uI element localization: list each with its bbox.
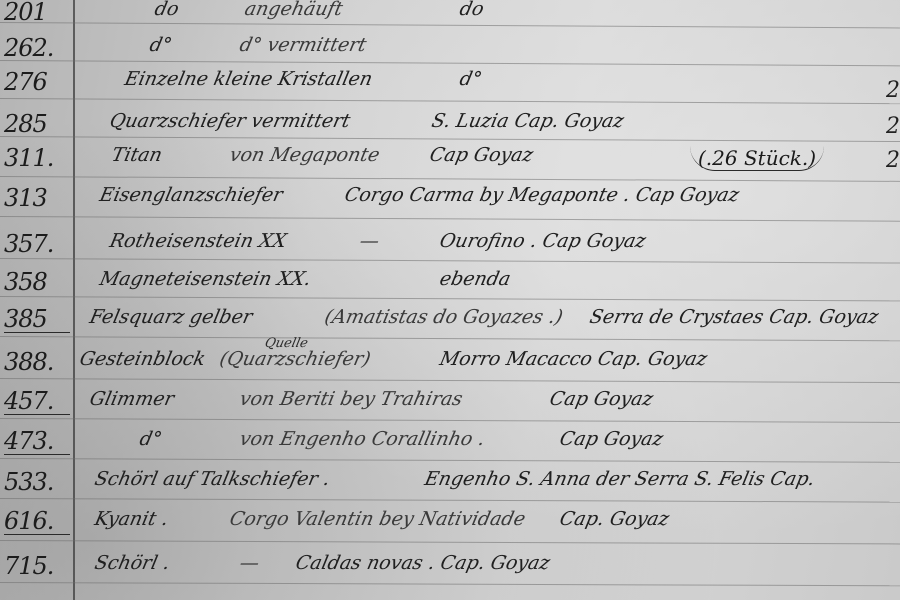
locality: Ourofino . Cap Goyaz bbox=[438, 230, 648, 252]
catalogue-number: 311. bbox=[4, 144, 70, 172]
specimen-name: Quarzschiefer vermittert bbox=[108, 110, 353, 132]
ledger-entry: 388.Gesteinblock(Quarzschiefer)Morro Mac… bbox=[0, 344, 900, 380]
interlinear-correction: Quelle bbox=[263, 336, 309, 351]
ledger-entry: 715.Schörl .—Caldas novas . Cap. Goyaz bbox=[0, 548, 900, 584]
locality: Serra de Crystaes Cap. Goyaz bbox=[588, 306, 881, 328]
ledger-entry: 357.Rotheisenstein XX—Ourofino . Cap Goy… bbox=[0, 226, 900, 262]
catalogue-number: 457. bbox=[4, 388, 70, 415]
edge-fragment: 2 bbox=[886, 148, 900, 173]
catalogue-number: 201 bbox=[4, 0, 70, 26]
locality: Corgo Carma by Megaponte . Cap Goyaz bbox=[343, 184, 741, 206]
ledger-entry: 201doangehäuftdo bbox=[0, 0, 900, 30]
locality: d° bbox=[458, 68, 484, 90]
specimen-description: — bbox=[358, 230, 382, 252]
catalogue-number: 285 bbox=[4, 110, 70, 138]
catalogue-number: 358 bbox=[4, 268, 70, 296]
edge-fragment: 2 bbox=[886, 114, 900, 139]
catalogue-number: 533. bbox=[4, 468, 70, 496]
specimen-name: Rotheisenstein XX bbox=[108, 230, 289, 252]
locality: S. Luzia Cap. Goyaz bbox=[430, 110, 626, 132]
specimen-name: d° bbox=[138, 428, 164, 450]
specimen-description: Corgo Valentin bey Natividade bbox=[228, 508, 528, 530]
catalogue-number: 715. bbox=[4, 552, 70, 580]
specimen-description: — bbox=[238, 552, 262, 574]
ledger-entry: 311.Titanvon MegaponteCap Goyaz(.26 Stüc… bbox=[0, 140, 900, 176]
specimen-description: d° vermittert bbox=[238, 34, 369, 56]
specimen-name: Glimmer bbox=[88, 388, 176, 410]
ledger-entry: 276Einzelne kleine Kristallend° bbox=[0, 64, 900, 100]
catalogue-number: 313 bbox=[4, 184, 70, 212]
catalogue-number: 388. bbox=[4, 348, 70, 376]
edge-fragment: 2 bbox=[886, 78, 900, 103]
ruled-line bbox=[0, 540, 900, 544]
annotation: (.26 Stück.) bbox=[690, 146, 824, 171]
ruled-line bbox=[0, 216, 900, 222]
specimen-name: Schörl auf Talkschiefer . bbox=[93, 468, 332, 490]
specimen-name: do bbox=[153, 0, 181, 20]
locality: Cap Goyaz bbox=[558, 428, 665, 450]
specimen-description: von Engenho Corallinho . bbox=[238, 428, 487, 450]
locality: Cap Goyaz bbox=[548, 388, 655, 410]
locality: Cap Goyaz bbox=[428, 144, 535, 166]
specimen-name: Felsquarz gelber bbox=[88, 306, 255, 328]
locality: Caldas novas . Cap. Goyaz bbox=[294, 552, 552, 574]
ledger-entry: 385Felsquarz gelber(Amatistas do Goyazes… bbox=[0, 302, 900, 338]
ledger-entry: 313EisenglanzschieferCorgo Carma by Mega… bbox=[0, 180, 900, 216]
ledger-entry: 285Quarzschiefer vermittertS. Luzia Cap.… bbox=[0, 106, 900, 142]
ledger-entry: 533.Schörl auf Talkschiefer .Engenho S. … bbox=[0, 464, 900, 500]
catalogue-number: 473. bbox=[4, 428, 70, 455]
catalogue-number: 357. bbox=[4, 230, 70, 258]
specimen-name: Titan bbox=[110, 144, 165, 166]
specimen-name: Einzelne kleine Kristallen bbox=[123, 68, 375, 90]
locality: do bbox=[458, 0, 486, 20]
ledger-entry: 358Magneteisenstein XX.ebenda bbox=[0, 264, 900, 300]
specimen-name: Kyanit . bbox=[93, 508, 171, 530]
ledger-entry: 473.d°von Engenho Corallinho .Cap Goyaz bbox=[0, 424, 900, 460]
specimen-description: (Amatistas do Goyazes .) bbox=[323, 306, 565, 328]
specimen-name: Magneteisenstein XX. bbox=[98, 268, 313, 290]
specimen-description: (Quarzschiefer) bbox=[218, 348, 373, 370]
ledger-entry: 262.d°d° vermittert bbox=[0, 30, 900, 66]
specimen-name: Eisenglanzschiefer bbox=[98, 184, 285, 206]
locality: Cap. Goyaz bbox=[558, 508, 671, 530]
specimen-name: d° bbox=[148, 34, 174, 56]
catalogue-number: 262. bbox=[4, 34, 70, 62]
specimen-description: angehäuft bbox=[243, 0, 345, 20]
catalogue-number: 616. bbox=[4, 508, 70, 535]
locality: Engenho S. Anna der Serra S. Felis Cap. bbox=[423, 468, 817, 490]
specimen-description: von Beriti bey Trahiras bbox=[238, 388, 465, 410]
locality: ebenda bbox=[438, 268, 513, 290]
ledger-entry: 616.Kyanit .Corgo Valentin bey Natividad… bbox=[0, 504, 900, 540]
catalogue-number: 385 bbox=[4, 306, 70, 333]
ledger-entry: 457.Glimmervon Beriti bey TrahirasCap Go… bbox=[0, 384, 900, 420]
ledger-page: 201doangehäuftdo262.d°d° vermittert276Ei… bbox=[0, 0, 900, 600]
locality: Morro Macacco Cap. Goyaz bbox=[438, 348, 710, 370]
specimen-name: Schörl . bbox=[93, 552, 172, 574]
specimen-description: von Megaponte bbox=[228, 144, 382, 166]
specimen-name: Gesteinblock bbox=[78, 348, 208, 370]
catalogue-number: 276 bbox=[4, 68, 70, 96]
